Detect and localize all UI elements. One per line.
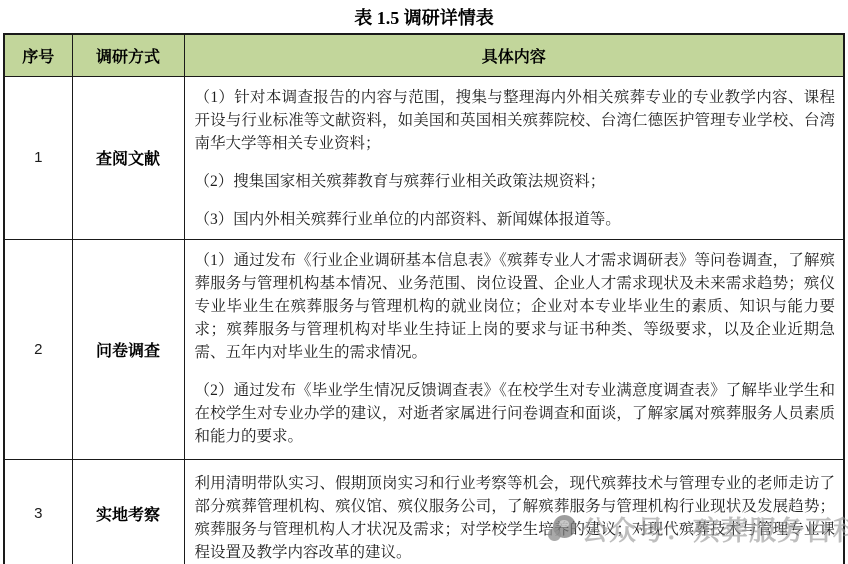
content-paragraph: （1）针对本调查报告的内容与范围，搜集与整理海内外相关殡葬专业的专业教学内容、课… [195,86,836,155]
table-row: 3 实地考察 利用清明带队实习、假期顶岗实习和行业考察等机会，现代殡葬技术与管理… [4,459,844,564]
content-paragraph: （3）国内外相关殡葬行业单位的内部资料、新闻媒体报道等。 [195,208,836,231]
content-paragraph: （2）搜集国家相关殡葬教育与殡葬行业相关政策法规资料； [195,170,836,193]
table-header-row: 序号 调研方式 具体内容 [4,34,844,76]
survey-details-table: 序号 调研方式 具体内容 1 查阅文献 （1）针对本调查报告的内容与范围，搜集与… [3,33,845,564]
content-paragraph: （1）通过发布《行业企业调研基本信息表》《殡葬专业人才需求调研表》等问卷调查，了… [195,249,836,364]
content-paragraph: （2）通过发布《毕业学生情况反馈调查表》《在校学生对专业满意度调查表》了解毕业学… [195,379,836,448]
header-cell-method: 调研方式 [72,34,184,76]
row-content: 利用清明带队实习、假期顶岗实习和行业考察等机会，现代殡葬技术与管理专业的老师走访… [184,459,844,564]
row-content: （1）针对本调查报告的内容与范围，搜集与整理海内外相关殡葬专业的专业教学内容、课… [184,76,844,239]
row-method: 问卷调查 [72,239,184,459]
row-method: 查阅文献 [72,76,184,239]
page-title: 表 1.5 调研详情表 [0,0,848,33]
row-number: 3 [4,459,72,564]
row-number: 1 [4,76,72,239]
header-cell-content: 具体内容 [184,34,844,76]
content-paragraph: 利用清明带队实习、假期顶岗实习和行业考察等机会，现代殡葬技术与管理专业的老师走访… [195,472,836,564]
table-row: 1 查阅文献 （1）针对本调查报告的内容与范围，搜集与整理海内外相关殡葬专业的专… [4,76,844,239]
row-method: 实地考察 [72,459,184,564]
row-content: （1）通过发布《行业企业调研基本信息表》《殡葬专业人才需求调研表》等问卷调查，了… [184,239,844,459]
row-number: 2 [4,239,72,459]
table-row: 2 问卷调查 （1）通过发布《行业企业调研基本信息表》《殡葬专业人才需求调研表》… [4,239,844,459]
header-cell-no: 序号 [4,34,72,76]
